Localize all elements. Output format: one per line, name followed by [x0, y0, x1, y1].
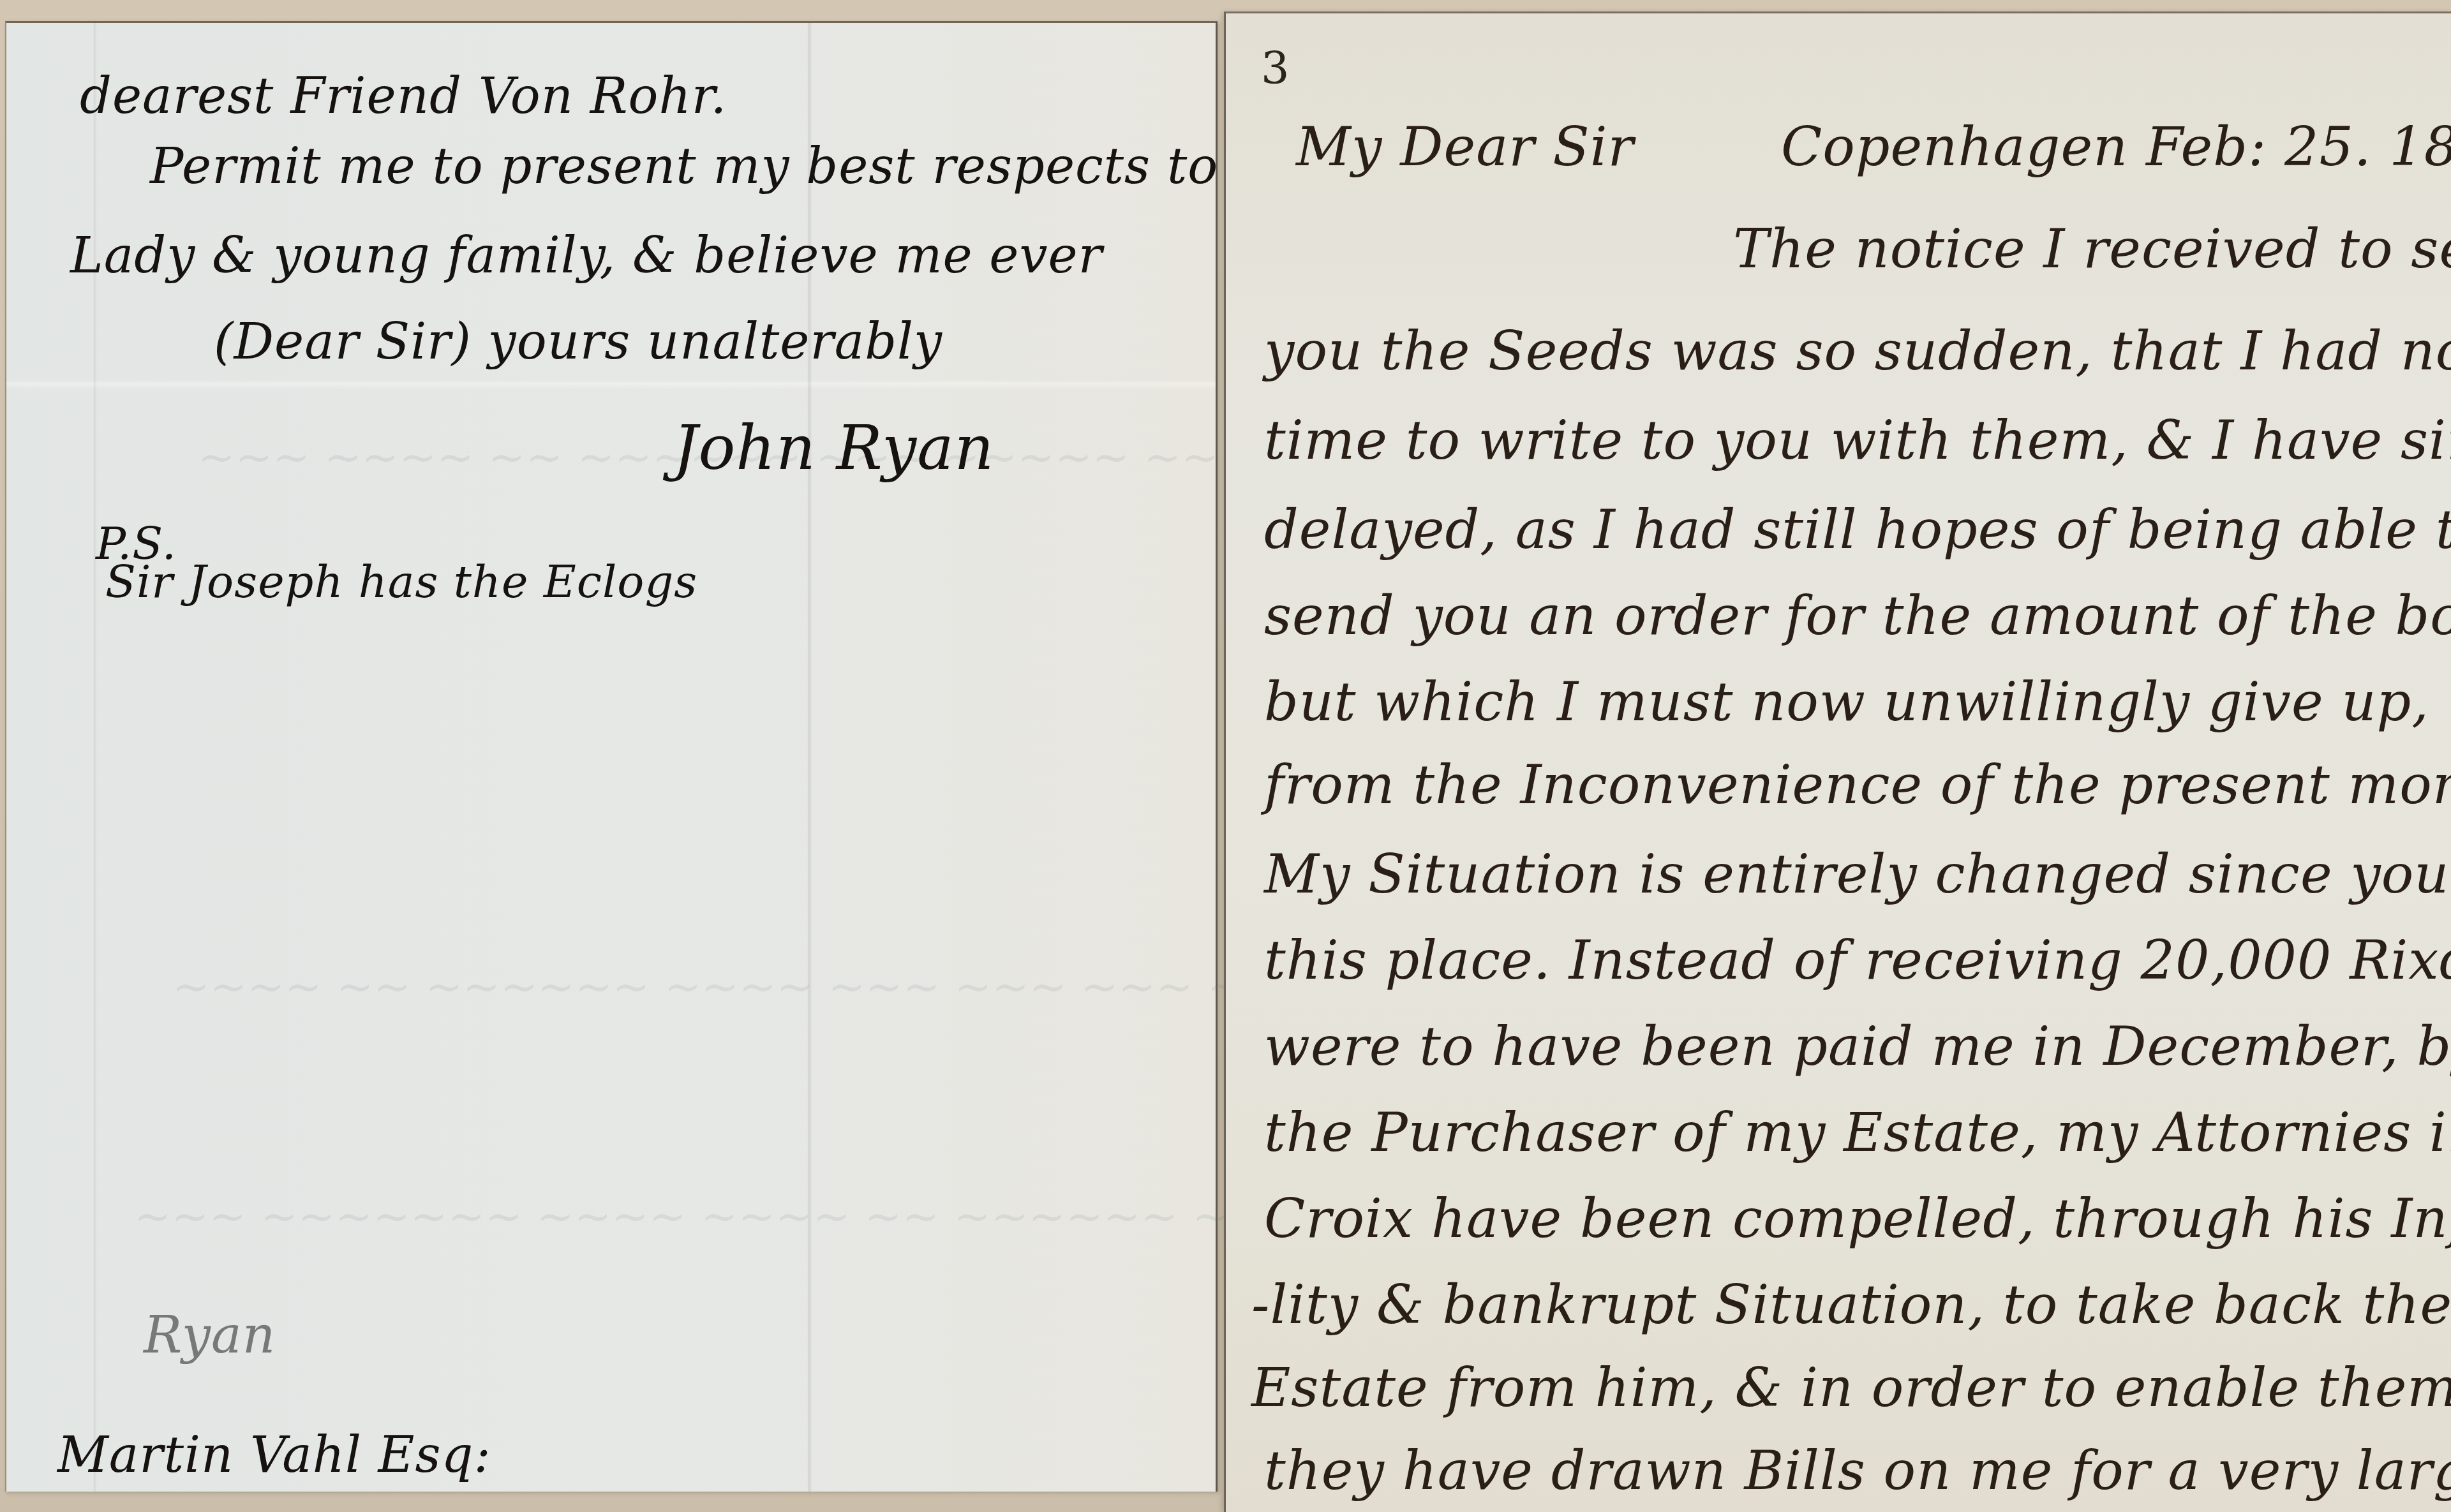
postscript-text: Sir Joseph has the Eclogs [105, 556, 697, 608]
right-body-line-8: My Situation is entirely changed since y… [1264, 843, 2451, 905]
right-body-line-7: from the Inconvenience of the present mo… [1264, 753, 2451, 816]
right-body-line-4: delayed, as I had still hopes of being a… [1264, 498, 2451, 561]
right-salutation: My Dear Sir [1296, 115, 1634, 178]
left-closing-line: (Dear Sir) yours unalterably [214, 313, 942, 371]
right-body-line-15: they have drawn Bills on me for a very l… [1264, 1439, 2451, 1502]
bleed-through-ink: ~~~ ~~~~~~~ ~~~~ ~~~~ ~~ ~~~~~~ ~~~ [134, 1190, 1304, 1243]
right-body-line-9: this place. Instead of receiving 20,000 … [1264, 929, 2451, 991]
address-line: Martin Vahl Esq: [57, 1427, 491, 1484]
right-body-line-11: the Purchaser of my Estate, my Attornies… [1264, 1101, 2451, 1164]
right-body-line-5: send you an order for the amount of the … [1264, 584, 2451, 647]
right-body-line-2: you the Seeds was so sudden, that I had … [1264, 320, 2451, 382]
pencil-note-ryan: Ryan [144, 1305, 276, 1365]
right-body-line-3: time to write to you with them, & I have… [1264, 409, 2451, 471]
right-body-line-14: Estate from him, & in order to enable th… [1251, 1356, 2451, 1419]
left-salutation: dearest Friend Von Rohr. [80, 68, 727, 125]
right-body-line-13: -lity & bankrupt Situation, to take back… [1251, 1273, 2451, 1336]
left-body-line-2: Lady & young family, & believe me ever [70, 227, 1103, 285]
right-body-line-10: were to have been paid me in December, b… [1264, 1015, 2451, 1078]
signature-john-ryan: John Ryan [673, 412, 994, 484]
bleed-through-ink: ~~~~ ~~ ~~~~~~ ~~~~ ~~~ ~~~ ~~~ ~~~~ [172, 961, 1357, 1013]
right-body-line-1: The notice I received to send [1733, 218, 2451, 280]
left-body-line-1: Permit me to present my best respects to… [150, 138, 1352, 195]
right-body-line-6: but which I must now unwillingly give up… [1264, 671, 2429, 733]
dateline: Copenhagen Feb: 25. 1800 [1781, 115, 2451, 178]
folio-number: 3 [1261, 42, 1290, 94]
left-letter-page: ~~~ ~~~~ ~~ ~~~~~~ ~~~ ~~~~~ ~~ ~~~~ ~~~… [5, 21, 1218, 1492]
right-letter-page: 3 My Dear Sir Copenhagen Feb: 25. 1800 T… [1224, 11, 2451, 1512]
right-body-line-12: Croix have been compelled, through his I… [1264, 1187, 2451, 1250]
